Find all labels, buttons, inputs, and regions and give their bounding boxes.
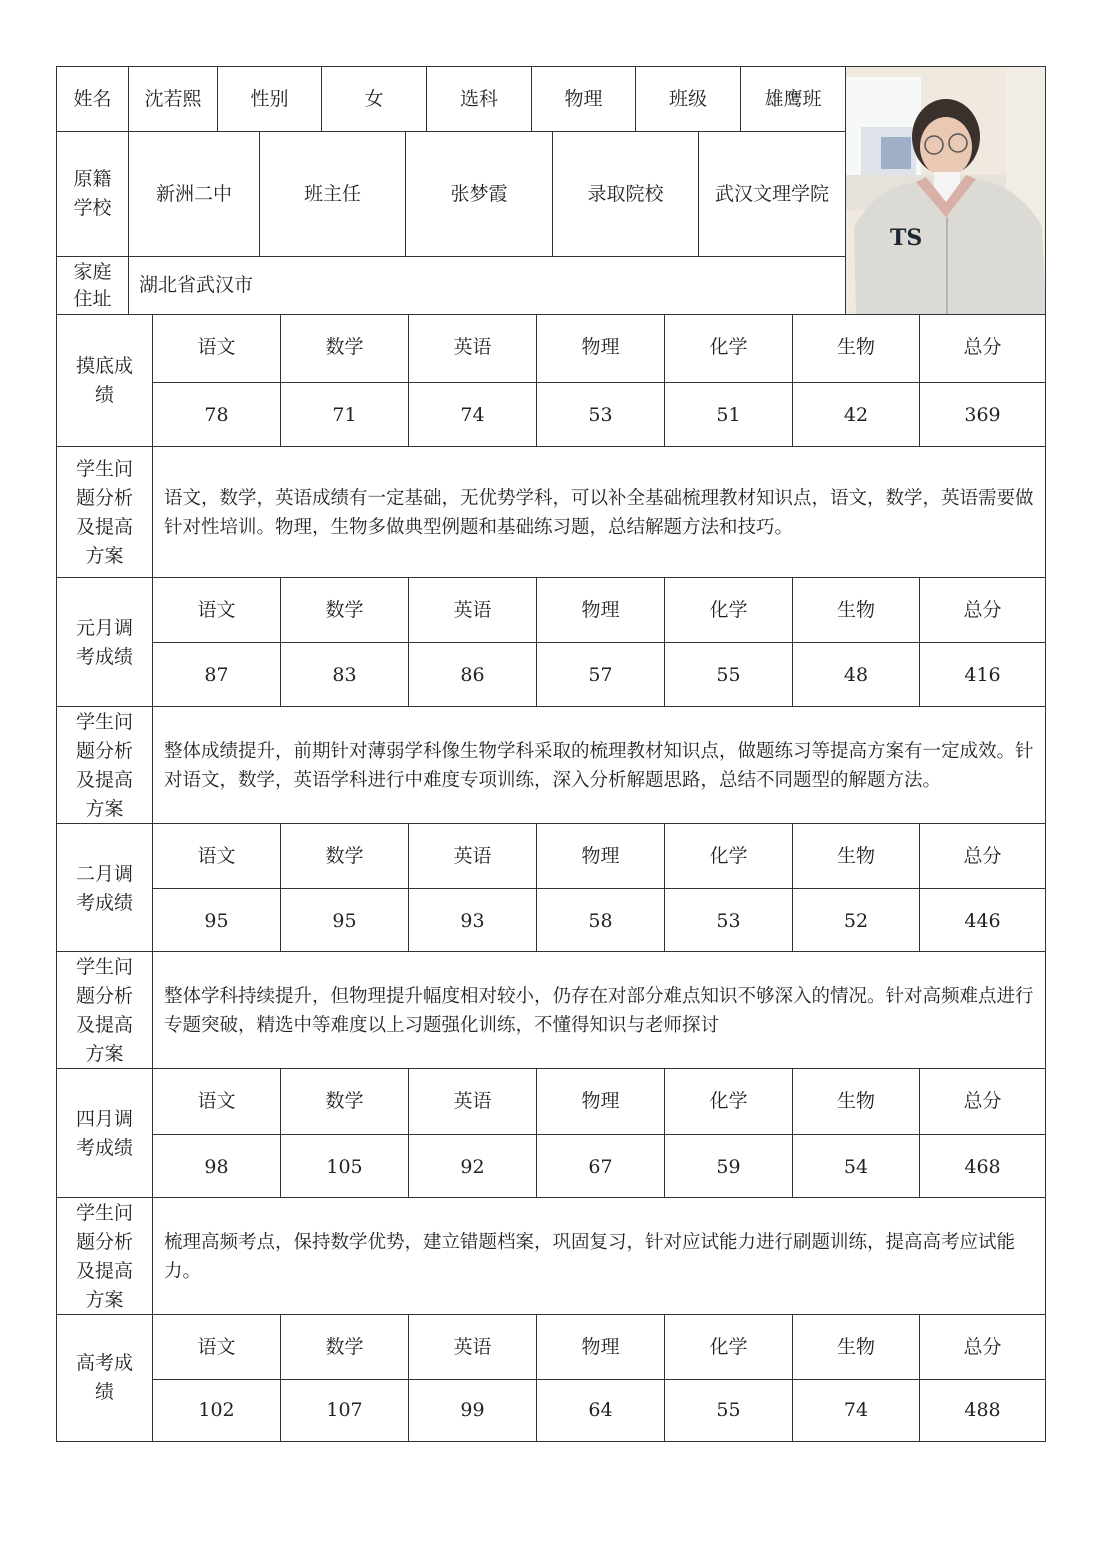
score-cell: 95 [280, 888, 409, 954]
score-cell: 58 [536, 888, 665, 954]
score-cell: 98 [152, 1134, 281, 1200]
subject-header: 语文 [152, 314, 281, 383]
subject-header: 生物 [792, 1068, 920, 1135]
subject-header: 英语 [408, 1068, 537, 1135]
score-cell: 446 [919, 888, 1046, 954]
score-cell: 51 [664, 382, 793, 448]
score-cell: 48 [792, 642, 920, 708]
score-cell: 53 [536, 382, 665, 448]
analysis-text: 梳理高频考点，保持数学优势，建立错题档案，巩固复习，针对应试能力进行刷题训练，提… [152, 1197, 1046, 1316]
score-cell: 86 [408, 642, 537, 708]
analysis-label: 学生问 题分析 及提高 方案 [56, 446, 153, 579]
score-cell: 107 [280, 1379, 409, 1442]
analysis-text: 语文，数学，英语成绩有一定基础，无优势学科，可以补全基础梳理教材知识点，语文，数… [152, 446, 1046, 579]
score-cell: 105 [280, 1134, 409, 1200]
subject-header: 物理 [536, 314, 665, 383]
score-cell: 99 [408, 1379, 537, 1442]
subject-header: 总分 [919, 314, 1046, 383]
subject-header: 物理 [536, 1314, 665, 1380]
subject-header: 数学 [280, 1314, 409, 1380]
subject-header: 生物 [792, 577, 920, 643]
score-cell: 488 [919, 1379, 1046, 1442]
score-cell: 369 [919, 382, 1046, 448]
score-cell: 74 [792, 1379, 920, 1442]
score-cell: 71 [280, 382, 409, 448]
exam-label: 元月调 考成绩 [56, 577, 153, 708]
exam-label: 摸底成 绩 [56, 314, 153, 448]
subject-header: 英语 [408, 314, 537, 383]
subject-header: 化学 [664, 1068, 793, 1135]
score-cell: 59 [664, 1134, 793, 1200]
subject-header: 数学 [280, 314, 409, 383]
admitted-label: 录取院校 [552, 131, 699, 257]
score-cell: 57 [536, 642, 665, 708]
score-cell: 54 [792, 1134, 920, 1200]
portrait-image: TS [846, 67, 1046, 315]
subject-header: 化学 [664, 823, 793, 889]
score-cell: 102 [152, 1379, 281, 1442]
subject-header: 语文 [152, 1068, 281, 1135]
subject-header: 语文 [152, 1314, 281, 1380]
subject-header: 数学 [280, 1068, 409, 1135]
subject-header: 英语 [408, 1314, 537, 1380]
subject-header: 生物 [792, 1314, 920, 1380]
score-cell: 55 [664, 642, 793, 708]
elective-value: 物理 [531, 66, 636, 132]
score-cell: 67 [536, 1134, 665, 1200]
score-cell: 93 [408, 888, 537, 954]
score-cell: 468 [919, 1134, 1046, 1200]
subject-header: 总分 [919, 1068, 1046, 1135]
subject-header: 生物 [792, 314, 920, 383]
subject-header: 化学 [664, 577, 793, 643]
teacher-value: 张梦霞 [405, 131, 553, 257]
exam-label: 四月调 考成绩 [56, 1068, 153, 1200]
elective-label: 选科 [426, 66, 532, 132]
score-cell: 92 [408, 1134, 537, 1200]
subject-header: 数学 [280, 577, 409, 643]
name-label: 姓名 [56, 66, 129, 132]
subject-header: 语文 [152, 577, 281, 643]
analysis-label: 学生问 题分析 及提高 方案 [56, 951, 153, 1070]
analysis-text: 整体成绩提升，前期针对薄弱学科像生物学科采取的梳理教材知识点，做题练习等提高方案… [152, 706, 1046, 825]
analysis-text: 整体学科持续提升，但物理提升幅度相对较小，仍存在对部分难点知识不够深入的情况。针… [152, 951, 1046, 1070]
gender-label: 性别 [217, 66, 322, 132]
score-cell: 87 [152, 642, 281, 708]
exam-label: 二月调 考成绩 [56, 823, 153, 954]
analysis-label: 学生问 题分析 及提高 方案 [56, 706, 153, 825]
subject-header: 数学 [280, 823, 409, 889]
subject-header: 物理 [536, 823, 665, 889]
subject-header: 英语 [408, 823, 537, 889]
subject-header: 化学 [664, 314, 793, 383]
subject-header: 物理 [536, 1068, 665, 1135]
student-photo: TS [845, 66, 1046, 315]
subject-header: 生物 [792, 823, 920, 889]
address-value: 湖北省武汉市 [128, 256, 846, 315]
score-cell: 52 [792, 888, 920, 954]
class-label: 班级 [635, 66, 741, 132]
subject-header: 总分 [919, 577, 1046, 643]
score-cell: 42 [792, 382, 920, 448]
teacher-label: 班主任 [259, 131, 406, 257]
subject-header: 化学 [664, 1314, 793, 1380]
score-cell: 416 [919, 642, 1046, 708]
score-cell: 83 [280, 642, 409, 708]
school-value: 新洲二中 [128, 131, 260, 257]
student-name: 沈若熙 [128, 66, 218, 132]
gender-value: 女 [321, 66, 427, 132]
school-label: 原籍 学校 [56, 131, 129, 257]
subject-header: 总分 [919, 1314, 1046, 1380]
exam-label: 高考成 绩 [56, 1314, 153, 1442]
score-cell: 64 [536, 1379, 665, 1442]
subject-header: 物理 [536, 577, 665, 643]
score-cell: 78 [152, 382, 281, 448]
analysis-label: 学生问 题分析 及提高 方案 [56, 1197, 153, 1316]
score-cell: 53 [664, 888, 793, 954]
address-label: 家庭 住址 [56, 256, 129, 315]
score-cell: 55 [664, 1379, 793, 1442]
admitted-value: 武汉文理学院 [698, 131, 846, 257]
class-value: 雄鹰班 [740, 66, 846, 132]
subject-header: 英语 [408, 577, 537, 643]
subject-header: 语文 [152, 823, 281, 889]
svg-text:TS: TS [890, 225, 922, 251]
score-cell: 95 [152, 888, 281, 954]
subject-header: 总分 [919, 823, 1046, 889]
score-cell: 74 [408, 382, 537, 448]
